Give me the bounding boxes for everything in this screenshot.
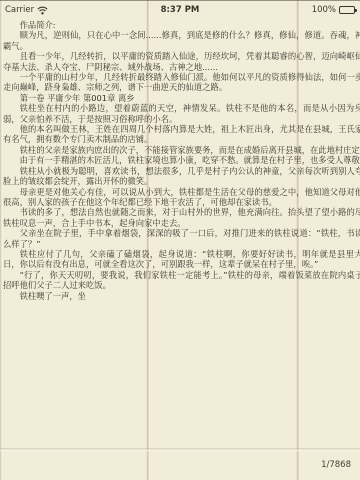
intro-paragraph: 顺为凡，逆则仙，只在心中一念间......修真，到底是修的什么？修真，修仙，修道… <box>3 30 360 51</box>
battery-nub <box>355 9 357 12</box>
intro-paragraph: 一个平庸的山村少年，几经转折最终踏入修仙门派。他如何以平凡的资质修得仙法，如何一… <box>3 72 360 93</box>
body-paragraph: 铁柱从小就极为聪明，喜欢读书，想法很多，几乎是村子内公认的神童，父亲每次听到别人… <box>3 166 360 187</box>
footer-bar: 1/7868 <box>0 452 360 480</box>
body-paragraph: 父亲坐在院子里，手中拿着烟袋，深深的吸了一口后，对推门进来的铁柱说道：“铁柱，书… <box>3 228 360 249</box>
body-paragraph: 母亲更是对他关心有佳，可以说从小到大，铁柱都是生活在父母的慈爱之中，他知道父母对… <box>3 187 360 208</box>
intro-heading: 作品简介: <box>3 20 360 30</box>
chapter-heading: 第一卷 平庸少年 第001章 离乡 <box>3 93 360 103</box>
reading-page[interactable]: 作品简介: 顺为凡，逆则仙，只在心中一念间......修真，到底是修的什么？修真… <box>3 20 360 448</box>
body-paragraph: 他的本名叫做王林，王姓在四周几个村落内算是大姓，祖上木匠出身，尤其是在县城，王氏… <box>3 124 360 145</box>
status-left: Carrier <box>0 5 48 15</box>
body-paragraph: 由于有一手精湛的木匠活儿，铁柱家境也算小康，吃穿不愁。就算是在村子里，也多受人尊… <box>3 155 360 165</box>
body-paragraph: 铁柱应付了几句，父亲磕了磕烟袋，起身说道：“铁柱啊，你要好好读书，明年就是县里大… <box>3 249 360 270</box>
clock-time: 8:37 PM <box>0 5 360 15</box>
body-paragraph: 铁柱坐在村内的小路边，望着蔚蓝的天空，神情发呆。铁柱不是他的本名，而是从小因为身… <box>3 103 360 124</box>
body-paragraph: 铁柱噢了一声，坐 <box>3 291 360 301</box>
screen-top-edge <box>0 0 360 1</box>
page-indicator: 1/7868 <box>321 460 351 470</box>
status-right: 100% <box>312 5 360 15</box>
intro-paragraph: 且看一少年，几经转折，以平庸的资质踏入仙途，历经坎坷，凭着其聪睿的心智，迈向崎岖… <box>3 51 360 72</box>
status-bar: Carrier 8:37 PM 100% <box>0 0 360 20</box>
body-paragraph: 铁柱的父亲是家族内庶出的次子，不能接管家族要务，而是在成婚后离开县城，在此地村庄… <box>3 145 360 155</box>
wifi-icon <box>37 6 48 15</box>
battery-percent-label: 100% <box>312 5 336 15</box>
body-paragraph: 书读的多了，想法自然也就随之而来，对于山村外的世界，他充满向往。抬头望了望小路的… <box>3 207 360 228</box>
carrier-label: Carrier <box>5 5 34 15</box>
body-paragraph: “行了，你天天叨叨，要我说，我们家铁柱一定能考上。”铁柱的母亲，端着饭菜放在院内… <box>3 270 360 291</box>
battery-icon <box>339 6 355 14</box>
